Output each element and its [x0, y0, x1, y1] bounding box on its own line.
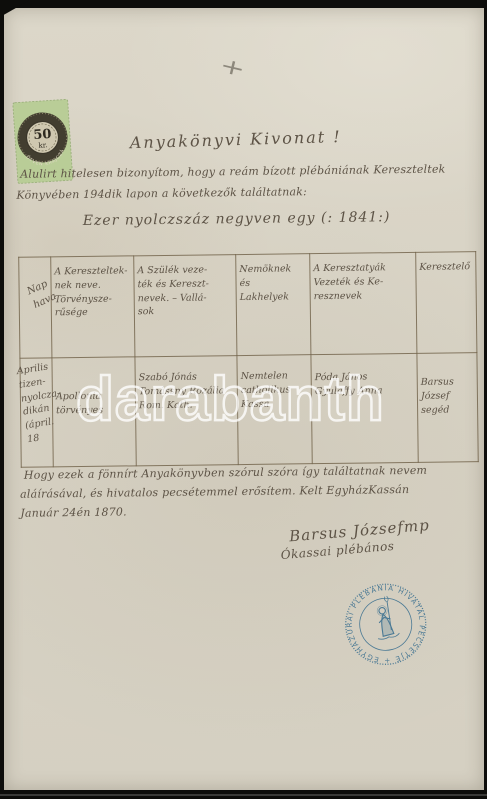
signature-block: Barsus Józsefmp Ókassai plébános: [289, 516, 432, 561]
document-title: Anyakönyvi Kivonat !: [130, 127, 342, 152]
intro-line-1: Alulirt hitelesen bizonyítom, hogy a reá…: [20, 163, 445, 181]
parish-seal: + EGYHÁZURAI PLEBANIA HIVATAL PECSÉTJE: [331, 569, 441, 679]
cell-status-residence: Nemtelen catholikus Kassa: [240, 359, 308, 411]
document-paper: + 50 kr. ÖTVEN KRAJCZÁR Anyakönyvi Kivon…: [4, 8, 484, 790]
column-header-status-residence: Nemöknek és Lakhelyek: [239, 258, 307, 304]
cell-baptizer: Barsus József segéd: [420, 357, 474, 417]
cell-baptized-name: Apollonia törvényes: [55, 361, 132, 417]
stamp-unit: kr.: [38, 141, 48, 150]
closing-line-3: Január 24én 1870.: [20, 505, 127, 519]
register-table: Nap hava A Kereszteltek- nek neve. Törvé…: [18, 251, 479, 468]
seal-saint-figure: [368, 595, 400, 641]
table-header-row: Nap hava A Kereszteltek- nek neve. Törvé…: [19, 252, 477, 359]
photo-corner-fold: [0, 0, 30, 17]
intro-line-2: Könyvében 194dik lapon a következők talá…: [16, 185, 307, 202]
column-header-baptizer: Keresztelő: [419, 256, 472, 274]
column-header-parents: A Szülék veze- ték és Kereszt- nevek. – …: [137, 259, 233, 319]
column-header-godparents: A Keresztatyák Vezeték és Ke- resznevek: [313, 257, 413, 304]
pencil-cross-mark: +: [217, 53, 247, 83]
document-content: + 50 kr. ÖTVEN KRAJCZÁR Anyakönyvi Kivon…: [0, 5, 487, 793]
photo-frame: + 50 kr. ÖTVEN KRAJCZÁR Anyakönyvi Kivon…: [0, 0, 487, 799]
cell-parents: Szabó Jónás Tomássny Rozália Rom. Kath.: [138, 360, 234, 412]
closing-line-2: aláírásával, és hivatalos pecsétemmel er…: [20, 483, 409, 501]
column-header-baptized-name: A Kereszteltek- nek neve. Törvénysze- rű…: [54, 260, 131, 320]
year-line: Ezer nyolczszáz negyven egy (: 1841:): [83, 209, 391, 229]
cell-date: Aprilis tizen- nyolcza- dikán (ápril. 18: [16, 361, 53, 446]
photo-bottom-edge: [0, 794, 487, 796]
cell-godparents: Póda János Gyulaffy Anna: [314, 358, 413, 399]
table-data-row: Aprilis tizen- nyolcza- dikán (ápril. 18…: [20, 353, 478, 468]
